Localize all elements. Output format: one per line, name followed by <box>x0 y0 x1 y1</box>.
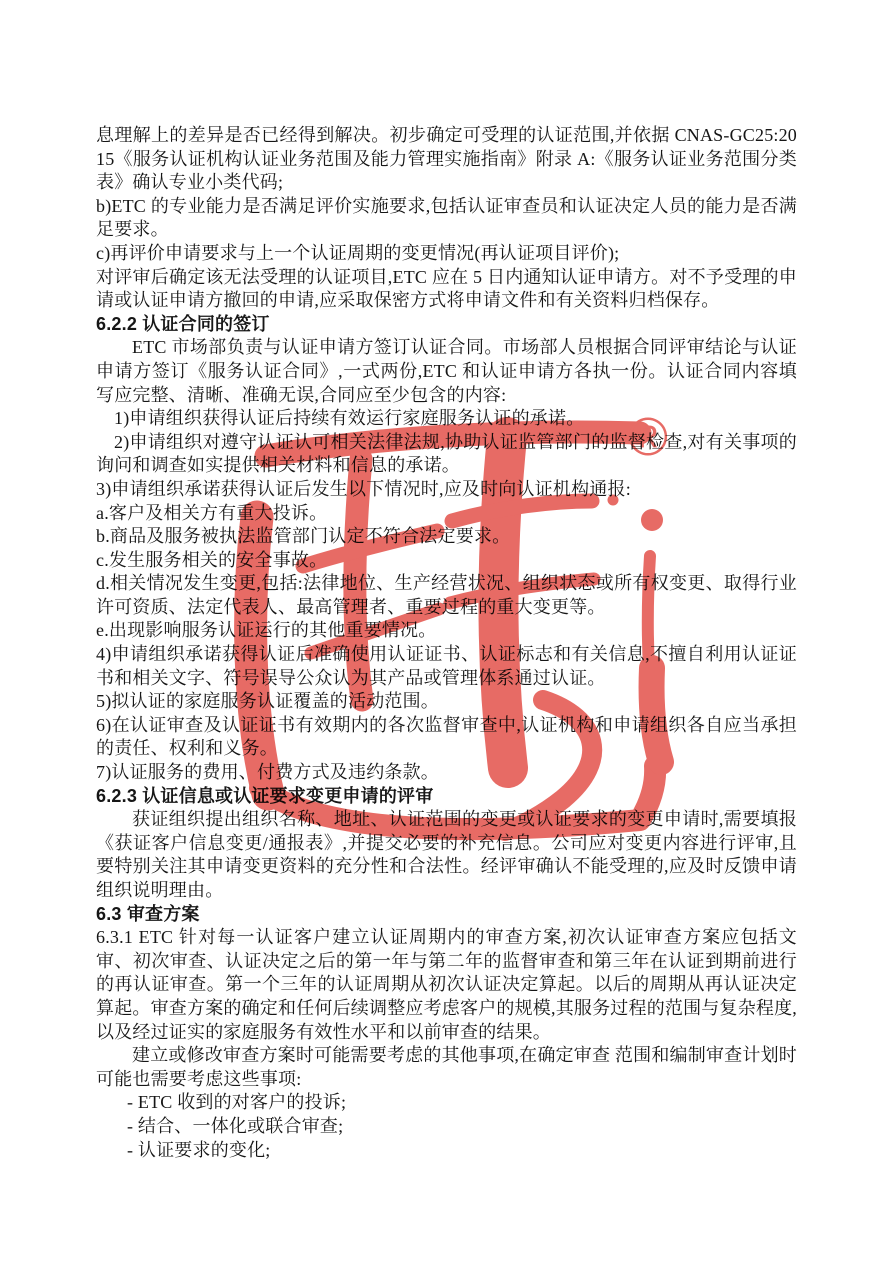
paragraph: c)再评价申请要求与上一个认证周期的变更情况(再认证项目评价); <box>96 242 797 266</box>
paragraph: ETC 市场部负责与认证申请方签订认证合同。市场部人员根据合同评审结论与认证申请… <box>96 336 797 407</box>
paragraph: 建立或修改审查方案时可能需要考虑的其他事项,在确定审查 范围和编制审查计划时可能… <box>96 1044 797 1091</box>
paragraph: d.相关情况发生变更,包括:法律地位、生产经营状况、组织状态或所有权变更、取得行… <box>96 572 797 619</box>
section-heading: 6.2.3 认证信息或认证要求变更申请的评审 <box>96 785 797 809</box>
paragraph: a.客户及相关方有重大投诉。 <box>96 502 797 526</box>
section-heading: 6.3 审查方案 <box>96 903 797 927</box>
paragraph: 获证组织提出组织名称、地址、认证范围的变更或认证要求的变更申请时,需要填报《获证… <box>96 808 797 902</box>
paragraph: 4)申请组织承诺获得认证后准确使用认证证书、认证标志和有关信息,不擅自利用认证证… <box>96 643 797 690</box>
paragraph: b.商品及服务被执法监管部门认定不符合法定要求。 <box>96 525 797 549</box>
paragraph: 1)申请组织获得认证后持续有效运行家庭服务认证的承诺。 <box>96 407 797 431</box>
paragraph: 7)认证服务的费用、付费方式及违约条款。 <box>96 761 797 785</box>
document-body: 息理解上的差异是否已经得到解决。初步确定可受理的认证范围,并依据 CNAS-GC… <box>96 124 797 1162</box>
paragraph: 2)申请组织对遵守认证认可相关法律法规,协助认证监管部门的监督检查,对有关事项的… <box>96 431 797 478</box>
paragraph: 5)拟认证的家庭服务认证覆盖的活动范围。 <box>96 690 797 714</box>
paragraph: c.发生服务相关的安全事故。 <box>96 549 797 573</box>
paragraph: 息理解上的差异是否已经得到解决。初步确定可受理的认证范围,并依据 CNAS-GC… <box>96 124 797 195</box>
paragraph: 对评审后确定该无法受理的认证项目,ETC 应在 5 日内通知认证申请方。对不予受… <box>96 266 797 313</box>
paragraph: - 结合、一体化或联合审查; <box>127 1115 797 1139</box>
section-heading: 6.2.2 认证合同的签订 <box>96 313 797 337</box>
document-page: 息理解上的差异是否已经得到解决。初步确定可受理的认证范围,并依据 CNAS-GC… <box>0 0 892 1262</box>
paragraph: - 认证要求的变化; <box>127 1139 797 1163</box>
paragraph: - ETC 收到的对客户的投诉; <box>127 1091 797 1115</box>
paragraph: 6)在认证审查及认证证书有效期内的各次监督审查中,认证机构和申请组织各自应当承担… <box>96 714 797 761</box>
paragraph: 3)申请组织承诺获得认证后发生以下情况时,应及时向认证机构通报: <box>96 478 797 502</box>
paragraph: e.出现影响服务认证运行的其他重要情况。 <box>96 619 797 643</box>
paragraph: b)ETC 的专业能力是否满足评价实施要求,包括认证审查员和认证决定人员的能力是… <box>96 195 797 242</box>
paragraph: 6.3.1 ETC 针对每一认证客户建立认证周期内的审查方案,初次认证审查方案应… <box>96 926 797 1044</box>
